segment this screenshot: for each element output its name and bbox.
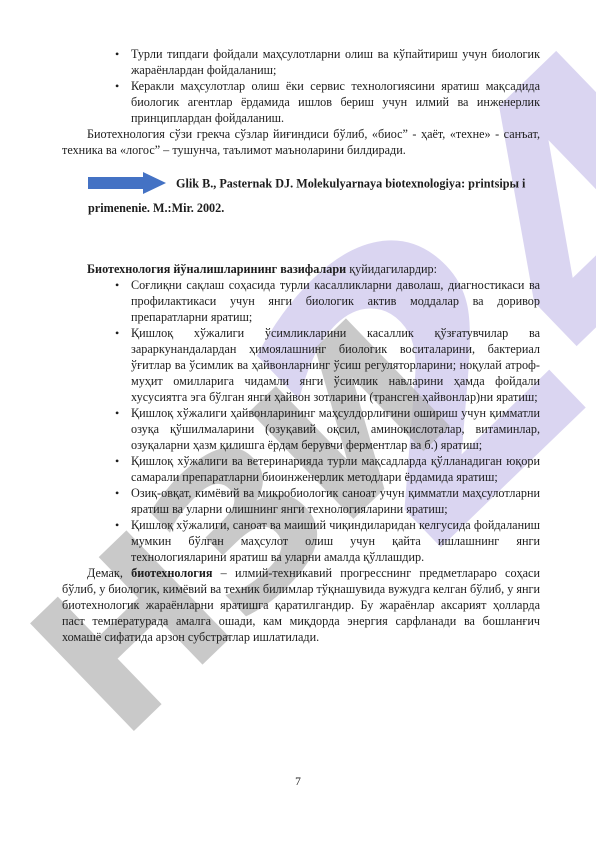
- list-item-text: Қишлоқ хўжалиги ўсимликларини касаллик қ…: [131, 326, 540, 404]
- list-item: Керакли маҳсулотлар олиш ёки сервис техн…: [113, 78, 540, 126]
- reference-block: Glik B., Pasternak DJ. Molekulyarnaya bi…: [88, 172, 540, 219]
- tasks-bullet-list: Соғлиқни сақлаш соҳасида турли касалликл…: [62, 277, 540, 565]
- list-item-text: Озиқ-овқат, кимёвий ва микробиологик сан…: [131, 486, 540, 516]
- tasks-heading-rest: қуйидагилардир:: [346, 262, 437, 276]
- intro-bullet-list: Турли типдаги фойдали маҳсулотларни олиш…: [62, 46, 540, 126]
- page-content: Турли типдаги фойдали маҳсулотларни олиш…: [0, 0, 596, 645]
- conclusion-paragraph: Демак, биотехнология – илмий-техникавий …: [62, 565, 540, 645]
- list-item-text: Қишлоқ хўжалиги ҳайвонларининг маҳсулдор…: [131, 406, 540, 452]
- list-item: Турли типдаги фойдали маҳсулотларни олиш…: [113, 46, 540, 78]
- list-item-text: Турли типдаги фойдали маҳсулотларни олиш…: [131, 47, 540, 77]
- list-item-text: Қишлоқ хўжалиги, саноат ва маиший чиқинд…: [131, 518, 540, 564]
- page-number: 7: [0, 774, 596, 790]
- list-item: Озиқ-овқат, кимёвий ва микробиологик сан…: [113, 485, 540, 517]
- tasks-heading-bold: Биотехнология йўналишларининг вазифалари: [87, 262, 346, 276]
- list-item-text: Соғлиқни сақлаш соҳасида турли касалликл…: [131, 278, 540, 324]
- list-item-text: Қишлоқ хўжалиги ва ветеринарияда турли м…: [131, 454, 540, 484]
- list-item: Соғлиқни сақлаш соҳасида турли касалликл…: [113, 277, 540, 325]
- tasks-heading: Биотехнология йўналишларининг вазифалари…: [62, 261, 540, 277]
- list-item: Қишлоқ хўжалиги ва ветеринарияда турли м…: [113, 453, 540, 485]
- list-item-text: Керакли маҳсулотлар олиш ёки сервис техн…: [131, 79, 540, 125]
- list-item: Қишлоқ хўжалиги, саноат ва маиший чиқинд…: [113, 517, 540, 565]
- conclusion-prefix: Демак,: [87, 566, 131, 580]
- list-item: Қишлоқ хўжалиги ҳайвонларининг маҳсулдор…: [113, 405, 540, 453]
- etymology-paragraph: Биотехнология сўзи грекча сўзлар йиғинди…: [62, 126, 540, 158]
- list-item: Қишлоқ хўжалиги ўсимликларини касаллик қ…: [113, 325, 540, 405]
- spacer: [62, 219, 540, 261]
- right-arrow-icon: [88, 172, 166, 194]
- document-page: 24 НЗИ Турли типдаги фойдали маҳсулотлар…: [0, 0, 596, 842]
- conclusion-bold: биотехнология: [131, 566, 212, 580]
